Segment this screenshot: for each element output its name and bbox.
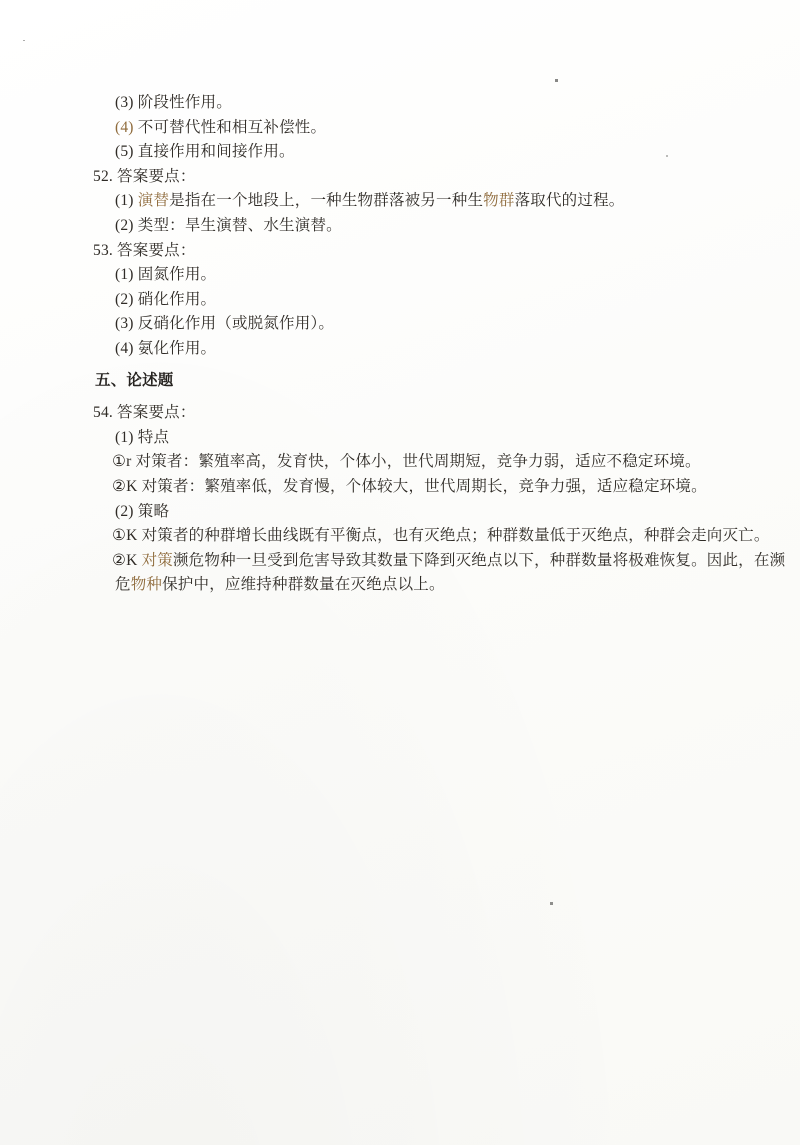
highlighted-text-segment: (4) (115, 119, 134, 136)
text-segment: (3) 反硝化作用（或脱氮作用）。 (115, 315, 334, 332)
scan-speck (666, 155, 668, 157)
highlighted-text-segment: 物种 (131, 576, 162, 593)
text-line-1: (3) 阶段性作用。 (0, 91, 800, 116)
text-segment: 濒危物种一旦受到危害导致其数量下降到灭绝点以下，种群数量将极难恢复。因此，在濒 (173, 552, 785, 569)
text-segment: 53. 答案要点： (93, 242, 196, 259)
text-line-10: (3) 反硝化作用（或脱氮作用）。 (0, 312, 800, 337)
text-segment: (5) 直接作用和间接作用。 (115, 143, 295, 160)
text-segment: ②K 对策者：繁殖率低，发育慢，个体较大，世代周期长，竞争力强，适应稳定环境。 (112, 478, 707, 495)
text-segment: (2) 策略 (115, 503, 169, 520)
text-line-17: (2) 策略 (0, 500, 800, 525)
text-line-3: (5) 直接作用和间接作用。 (0, 140, 800, 165)
text-segment: 是指在一个地段上，一种生物群落被另一种生 (169, 192, 483, 209)
scan-speck (555, 79, 558, 82)
text-segment: (2) 硝化作用。 (115, 291, 216, 308)
text-line-16: ②K 对策者：繁殖率低，发育慢，个体较大，世代周期长，竞争力强，适应稳定环境。 (0, 475, 800, 500)
text-segment: (4) 氨化作用。 (115, 340, 216, 357)
document-text-block: (3) 阶段性作用。(4) 不可替代性和相互补偿性。(5) 直接作用和间接作用。… (0, 91, 800, 598)
text-line-15: ①r 对策者：繁殖率高，发育快，个体小，世代周期短，竞争力弱，适应不稳定环境。 (0, 450, 800, 475)
section-heading: 五、论述题 (0, 369, 800, 394)
text-line-19: ②K 对策濒危物种一旦受到危害导致其数量下降到灭绝点以下，种群数量将极难恢复。因… (0, 549, 800, 574)
scan-speck (23, 40, 25, 41)
text-segment: (1) 特点 (115, 429, 169, 446)
text-segment: 危 (115, 576, 131, 593)
highlighted-text-segment: 演替 (138, 192, 169, 209)
text-segment: 落取代的过程。 (515, 192, 625, 209)
text-segment: ①K 对策者的种群增长曲线既有平衡点，也有灭绝点；种群数量低于灭绝点，种群会走向… (112, 527, 770, 544)
text-segment: 五、论述题 (95, 372, 174, 389)
scan-speck (550, 902, 553, 905)
text-line-6: (2) 类型：旱生演替、水生演替。 (0, 214, 800, 239)
text-line-11: (4) 氨化作用。 (0, 337, 800, 362)
text-segment: 不可替代性和相互补偿性。 (134, 119, 326, 136)
text-segment: (3) 阶段性作用。 (115, 94, 232, 111)
text-segment: 54. 答案要点： (93, 404, 196, 421)
text-line-8: (1) 固氮作用。 (0, 263, 800, 288)
text-line-5: (1) 演替是指在一个地段上，一种生物群落被另一种生物群落取代的过程。 (0, 189, 800, 214)
text-line-20: 危物种保护中，应维持种群数量在灭绝点以上。 (0, 573, 800, 598)
text-line-9: (2) 硝化作用。 (0, 288, 800, 313)
text-segment: ①r 对策者：繁殖率高，发育快，个体小，世代周期短，竞争力弱，适应不稳定环境。 (112, 453, 701, 470)
text-segment: 52. 答案要点： (93, 168, 196, 185)
text-segment: (1) (115, 192, 138, 209)
text-line-7: 53. 答案要点： (0, 239, 800, 264)
highlighted-text-segment: 物群 (483, 192, 514, 209)
text-segment: ②K (112, 552, 142, 569)
scanned-document-page: (3) 阶段性作用。(4) 不可替代性和相互补偿性。(5) 直接作用和间接作用。… (0, 0, 800, 1145)
text-segment: 保护中，应维持种群数量在灭绝点以上。 (162, 576, 445, 593)
text-line-13: 54. 答案要点： (0, 401, 800, 426)
text-line-18: ①K 对策者的种群增长曲线既有平衡点，也有灭绝点；种群数量低于灭绝点，种群会走向… (0, 524, 800, 549)
text-segment: (1) 固氮作用。 (115, 266, 216, 283)
text-line-14: (1) 特点 (0, 426, 800, 451)
highlighted-text-segment: 对策 (142, 552, 173, 569)
text-line-2: (4) 不可替代性和相互补偿性。 (0, 116, 800, 141)
text-segment: (2) 类型：旱生演替、水生演替。 (115, 217, 342, 234)
text-line-4: 52. 答案要点： (0, 165, 800, 190)
